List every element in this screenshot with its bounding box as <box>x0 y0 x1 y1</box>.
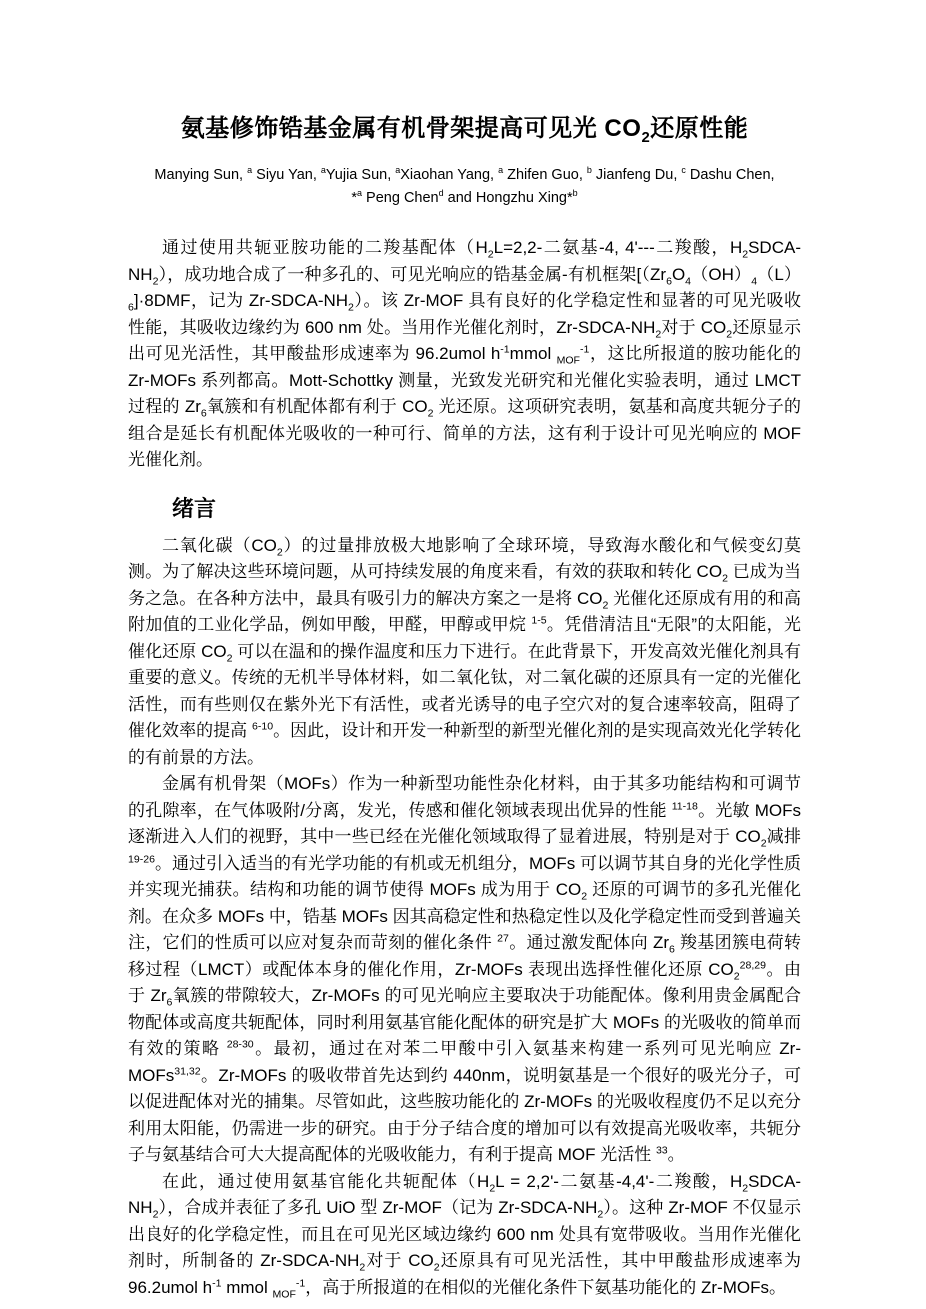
intro-paragraph-2: 金属有机骨架（MOFs）作为一种新型功能性杂化材料，由于其多功能结构和可调节的孔… <box>128 771 801 1169</box>
paper-title: 氨基修饰锆基金属有机骨架提高可见光 CO2还原性能 <box>128 112 801 146</box>
author-line-1: Manying Sun, a Siyu Yan, aYujia Sun, aXi… <box>128 164 801 187</box>
abstract-paragraph: 通过使用共轭亚胺功能的二羧基配体（H2L=2,2-二氨基-4, 4'---二羧酸… <box>128 235 801 474</box>
intro-paragraph-3: 在此，通过使用氨基官能化共轭配体（H2L = 2,2'-二氨基-4,4'-二羧酸… <box>128 1169 801 1302</box>
document-page: 氨基修饰锆基金属有机骨架提高可见光 CO2还原性能 Manying Sun, a… <box>0 0 926 1309</box>
intro-paragraph-1: 二氧化碳（CO2）的过量排放极大地影响了全球环境，导致海水酸化和气候变幻莫测。为… <box>128 533 801 772</box>
section-heading-introduction: 绪言 <box>172 495 801 523</box>
author-line-2: *a Peng Chend and Hongzhu Xing*b <box>128 187 801 210</box>
page-content: 氨基修饰锆基金属有机骨架提高可见光 CO2还原性能 Manying Sun, a… <box>128 112 801 1301</box>
author-block: Manying Sun, a Siyu Yan, aYujia Sun, aXi… <box>128 164 801 210</box>
